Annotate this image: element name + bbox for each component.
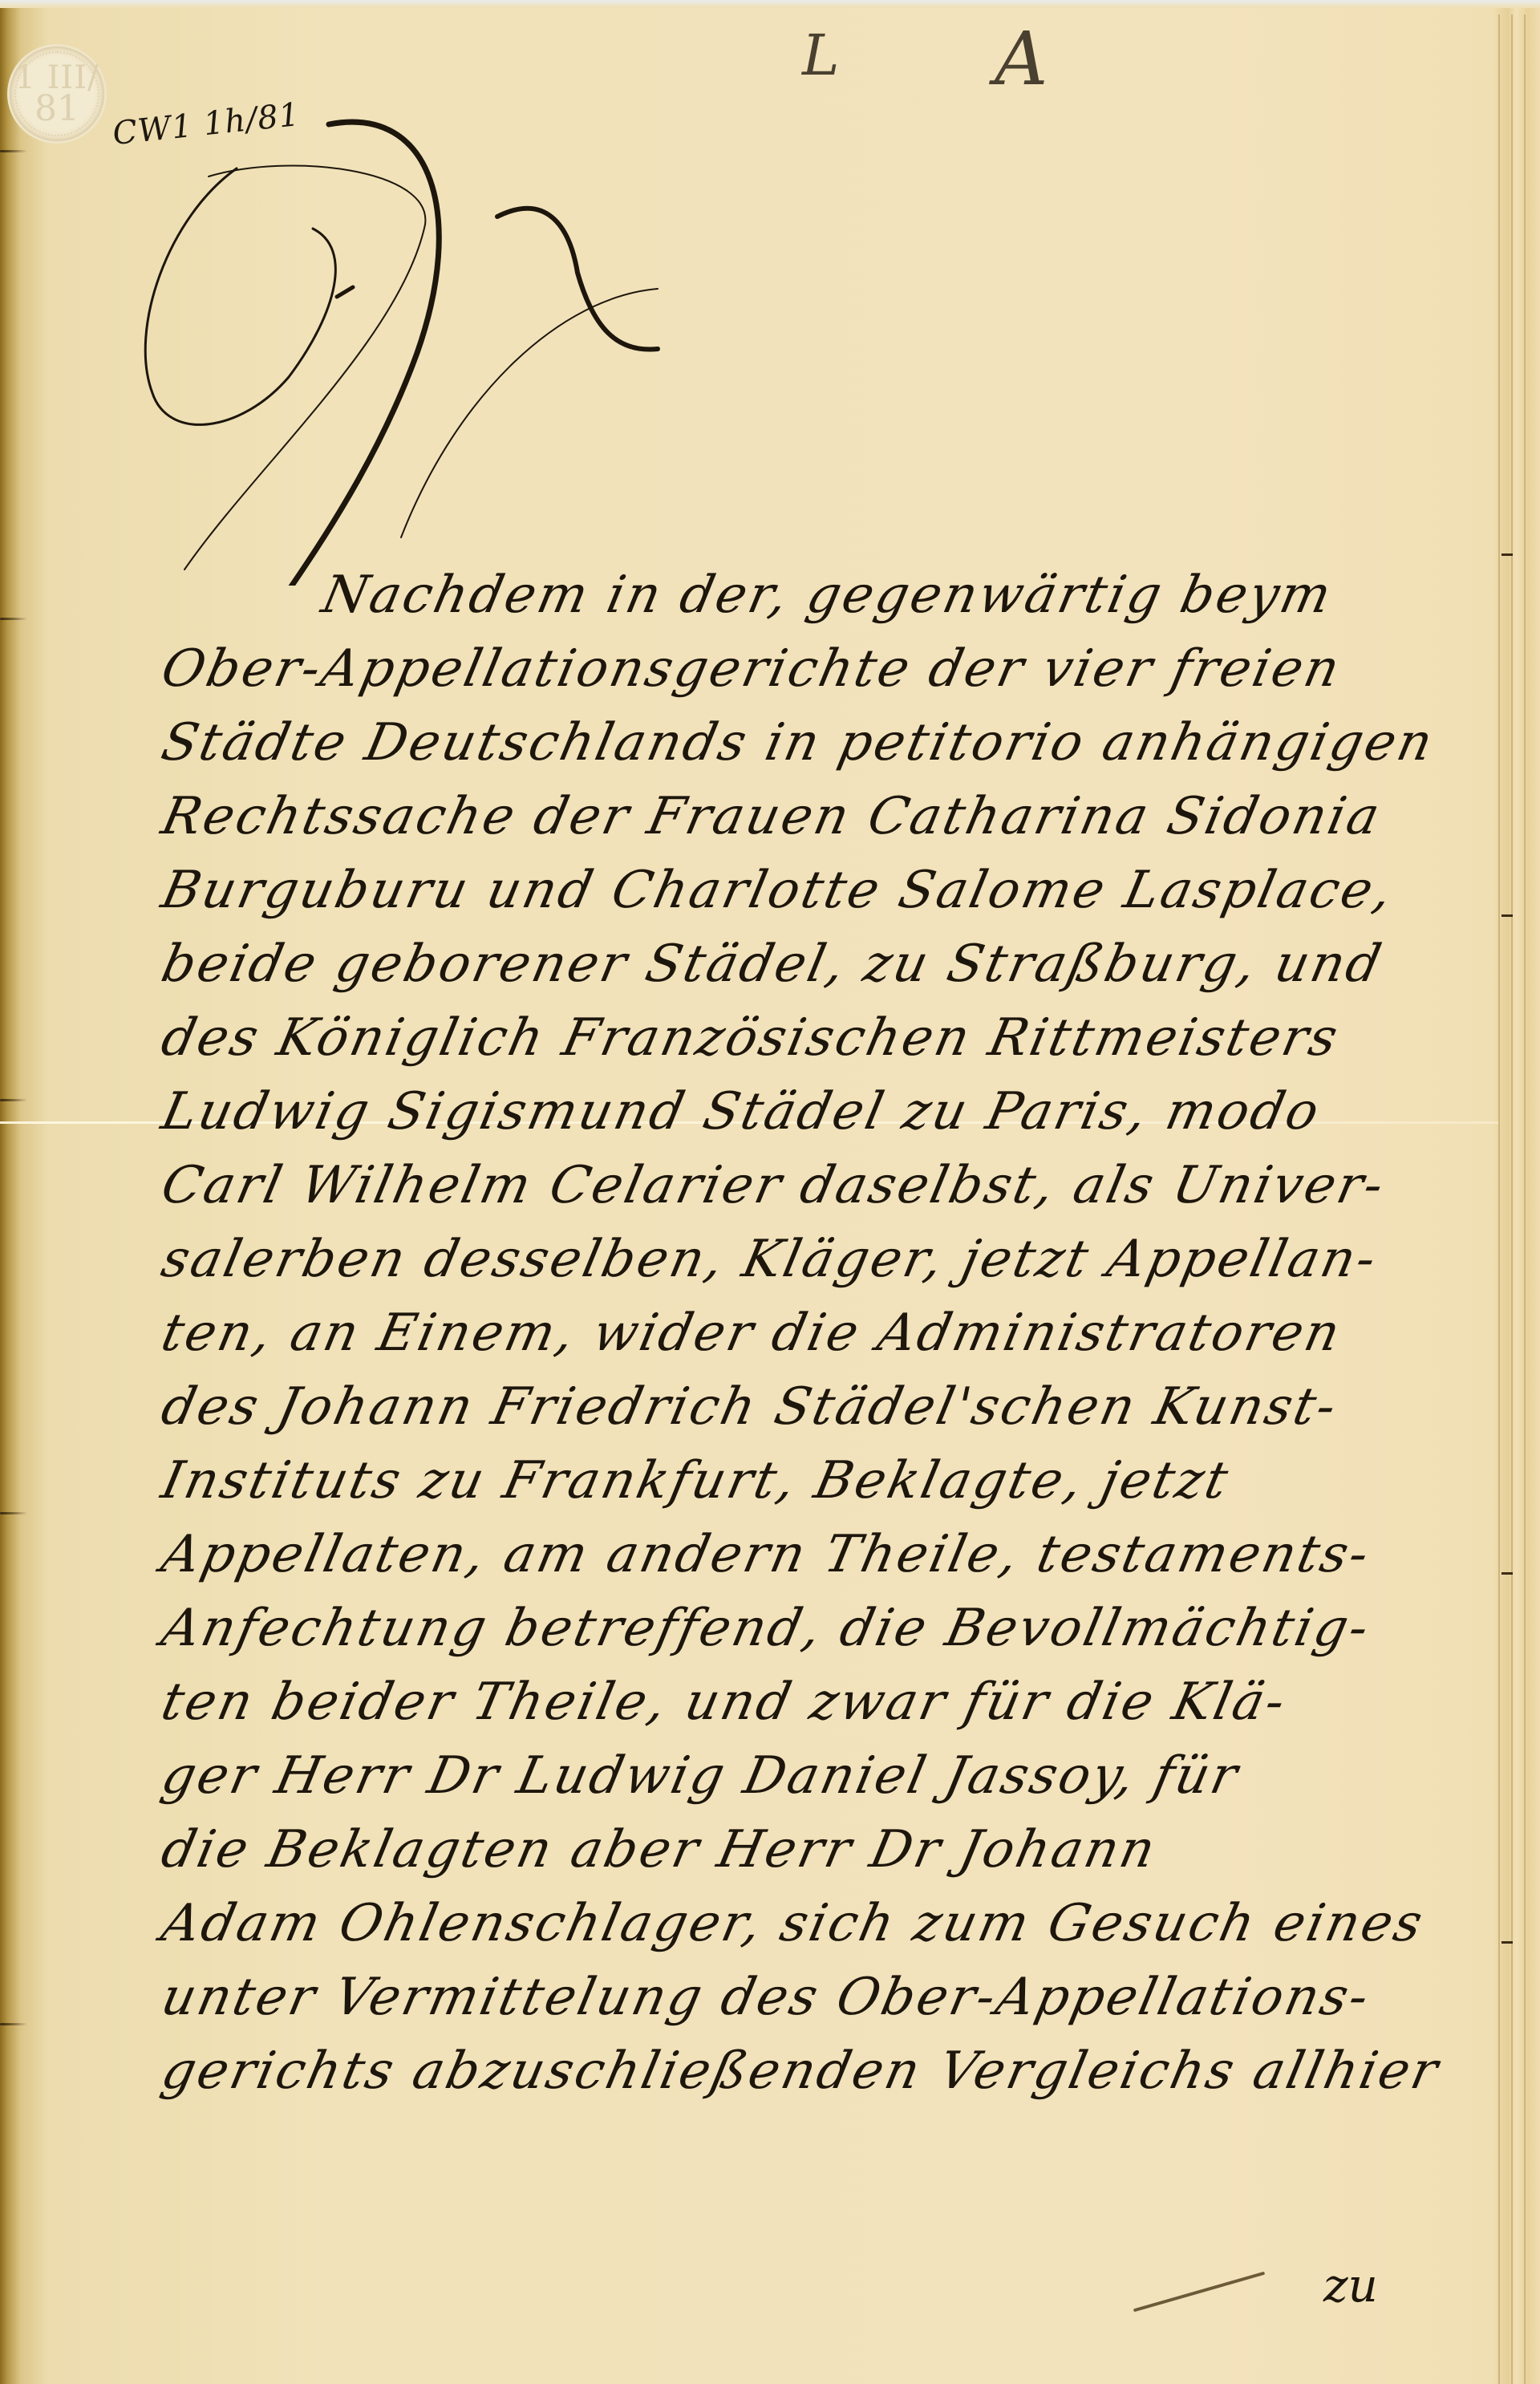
manuscript-line: unter Vermittelung des Ober-Appellations…	[156, 1968, 1376, 2027]
manuscript-line: Adam Ohlenschlager, sich zum Gesuch eine…	[156, 1894, 1429, 1953]
decorative-initial-n-icon	[96, 88, 706, 586]
page-edge-line	[1511, 14, 1513, 2384]
binding-thread-mark	[0, 1512, 27, 1514]
manuscript-line: Rechtssache der Frauen Catharina Sidonia	[156, 787, 1387, 846]
manuscript-line: Nachdem in der, gegenwärtig beym	[317, 566, 1339, 625]
page-edge-line	[1524, 14, 1526, 2384]
pencil-annotation-letter: A	[995, 16, 1048, 102]
manuscript-line: salerben desselben, Kläger, jetzt Appell…	[156, 1230, 1383, 1289]
manuscript-line: Instituts zu Frankfurt, Beklagte, jetzt	[156, 1451, 1235, 1510]
margin-tick	[1501, 914, 1513, 917]
manuscript-line: Burguburu und Charlotte Salome Lasplace,	[156, 861, 1400, 920]
seal-ring	[14, 51, 99, 136]
binding-thread-mark	[0, 1099, 27, 1101]
manuscript-line: beide geborener Städel, zu Straßburg, un…	[156, 935, 1388, 994]
manuscript-line: Ober-Appellationsgerichte der vier freie…	[156, 639, 1347, 699]
margin-tick	[1501, 1572, 1513, 1575]
manuscript-line: ten beider Theile, und zwar für die Klä-	[156, 1672, 1292, 1732]
binding-thread-mark	[0, 2023, 27, 2025]
manuscript-line: des Johann Friedrich Städel'schen Kunst-	[156, 1377, 1343, 1437]
manuscript-line: Städte Deutschlands in petitorio anhängi…	[156, 713, 1440, 772]
manuscript-line: Appellaten, am andern Theile, testaments…	[156, 1525, 1376, 1584]
page-edge-line	[1498, 14, 1500, 2384]
manuscript-line: die Beklagten aber Herr Dr Johann	[156, 1820, 1162, 1879]
binding-thread-mark	[0, 150, 27, 152]
embossed-seal: 1 III/ 81	[10, 47, 104, 141]
catchword: zu	[1323, 2258, 1378, 2313]
manuscript-line: Anfechtung betreffend, die Bevollmächtig…	[156, 1599, 1376, 1658]
margin-tick	[1501, 1941, 1513, 1944]
manuscript-line: Carl Wilhelm Celarier daselbst, als Univ…	[156, 1156, 1391, 1215]
margin-tick	[1501, 553, 1513, 556]
scan-top-edge	[0, 0, 1540, 8]
manuscript-line: gerichts abzuschließenden Vergleichs all…	[156, 2041, 1445, 2101]
manuscript-line: ger Herr Dr Ludwig Daniel Jassoy, für	[156, 1746, 1245, 1806]
pencil-annotation-top: L	[802, 22, 839, 88]
manuscript-line: ten, an Einem, wider die Administratoren	[156, 1303, 1347, 1363]
manuscript-line: Ludwig Sigismund Städel zu Paris, modo	[156, 1082, 1326, 1141]
binding-thread-mark	[0, 618, 27, 620]
manuscript-line: des Königlich Französischen Rittmeisters	[156, 1008, 1345, 1068]
